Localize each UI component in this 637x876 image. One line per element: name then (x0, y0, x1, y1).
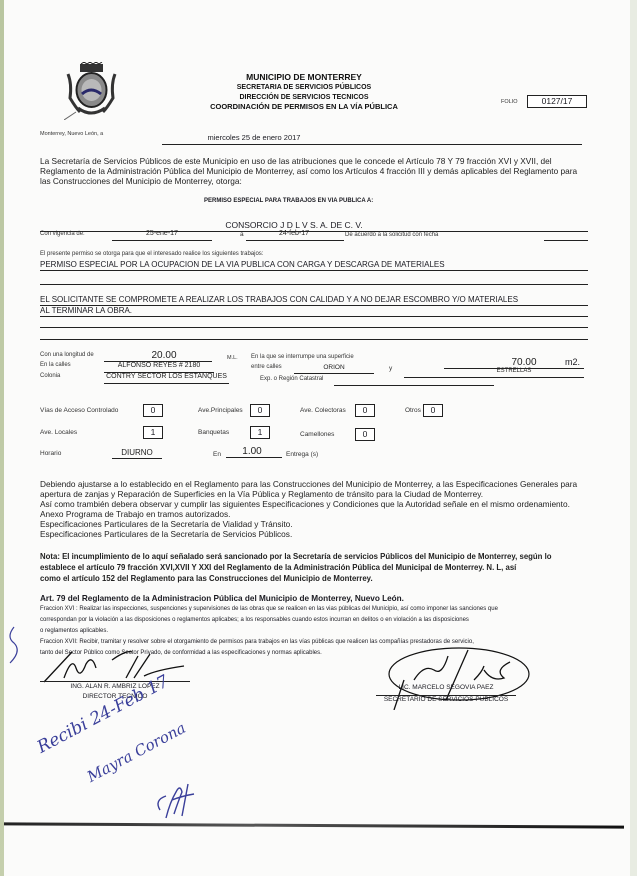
surface-value: 70.00 (494, 357, 554, 368)
length-unit: M.L. (227, 355, 238, 361)
page-fold-line (4, 822, 624, 828)
works-line-4: AL TERMINAR LA OBRA. (40, 306, 132, 315)
validity-label: Con vigencia de: (40, 231, 85, 237)
between-street-1: ORION (294, 364, 374, 371)
street-value: ALFONSO REYES # 2180 (104, 362, 214, 369)
article-line-1: Fraccion XVI : Realizar las inspecciones… (40, 606, 498, 612)
condition-line-1: Debiendo ajustarse a lo establecido en e… (40, 479, 577, 489)
margin-mark-icon (4, 625, 24, 665)
folio-value: 0127/17 (527, 95, 587, 108)
article-line-3: o reglamentos aplicables. (40, 628, 108, 634)
works-line-3: EL SOLICITANTE SE COMPROMETE A REALIZAR … (40, 295, 518, 304)
camellones-value: 0 (355, 428, 375, 441)
horario-label: Horario (40, 450, 61, 457)
banquetas-value: 1 (250, 426, 270, 439)
secretaria-title: SECRETARIA DE SERVICIOS PÚBLICOS (194, 83, 414, 93)
note-line-1: Nota: El incumplimiento de lo aquí señal… (40, 552, 552, 562)
ave-locales-label: Ave. Locales (40, 429, 77, 436)
ave-principales-label: Ave.Principales (198, 407, 243, 414)
banquetas-label: Banquetas (198, 429, 229, 436)
right-signer-name: LIC. MARCELO SEGOVIA PAEZ (376, 684, 516, 691)
handwritten-initials-icon (152, 770, 197, 820)
note-line-3: como el artículo 152 del Reglamento para… (40, 574, 373, 584)
ave-locales-value: 1 (143, 426, 163, 439)
ave-principales-value: 0 (250, 404, 270, 417)
intro-paragraph: La Secretaría de Servicios Públicos de e… (40, 156, 588, 186)
permit-document: MUNICIPIO DE MONTERREY SECRETARIA DE SER… (4, 0, 630, 876)
ave-colectoras-value: 0 (355, 404, 375, 417)
request-date-label: De acuerdo a la solicitud con fecha (345, 232, 438, 238)
condition-line-5: Especificaciones Particulares de la Secr… (40, 519, 293, 529)
permit-heading: PERMISO ESPECIAL PARA TRABAJOS EN VIA PU… (204, 198, 373, 204)
condition-line-6: Especificaciones Particulares de la Secr… (40, 529, 292, 539)
cadastral-label: Exp. o Región Catastral (260, 376, 323, 382)
otros-value: 0 (423, 404, 443, 417)
page-edge-right (630, 0, 637, 876)
colonia-label: Colonia (40, 373, 60, 379)
validity-from: 25-ene-17 (122, 230, 202, 237)
condition-line-2: apertura de zanjas y Reparación de Super… (40, 489, 483, 499)
colonia-value: CONTRY SECTOR LOS ESTANQUES (104, 373, 229, 380)
coordinacion-title: COORDINACIÓN DE PERMISOS EN LA VÍA PÚBLI… (179, 102, 429, 112)
length-value: 20.00 (114, 350, 214, 361)
municipal-crest-icon (64, 62, 119, 120)
surface-unit: m2. (565, 357, 580, 367)
horario-value: DIURNO (112, 448, 162, 457)
streets-label: En la calles (40, 362, 71, 368)
validity-to: 24-feb-17 (254, 230, 334, 237)
condition-line-3: Así como trambién debera observar y cump… (40, 499, 570, 509)
condition-line-4: Anexo Programa de Trabajo en tramos auto… (40, 509, 230, 519)
right-signer-title: SECRETARIO DE SERVICIOS PÚBLICOS (376, 696, 516, 703)
and-label: y (389, 365, 392, 372)
between-label: entre calles (251, 364, 282, 370)
municipality-title: MUNICIPIO DE MONTERREY (194, 72, 414, 82)
ave-colectoras-label: Ave. Colectoras (300, 407, 346, 414)
vias-acceso-label: Vías de Acceso Controlado (40, 407, 118, 414)
article-line-2: correspondan por la violación a las disp… (40, 617, 469, 623)
entregas-value: 1.00 (226, 446, 278, 457)
camellones-label: Camellones (300, 431, 334, 438)
place-label: Monterrey, Nuevo León, a (40, 131, 103, 137)
en-label: En (213, 451, 221, 458)
article-title: Art. 79 del Reglamento de la Administrac… (40, 594, 404, 603)
permit-grantee: CONSORCIO J D L V S. A. DE C. V. (184, 220, 404, 230)
works-label: El presente permiso se otorga para que e… (40, 251, 263, 257)
between-street-2: ESTRELLAS (444, 368, 584, 374)
validity-separator: a (240, 231, 244, 238)
length-label: Con una longitud de (40, 352, 94, 358)
left-signature-icon (34, 648, 194, 684)
entregas-label: Entrega (s) (286, 451, 318, 458)
works-line-1: PERMISO ESPECIAL POR LA OCUPACION DE LA … (40, 260, 445, 269)
note-line-2: establece el artículo 79 fracción XVI,XV… (40, 563, 516, 573)
issue-date: miercoles 25 de enero 2017 (164, 133, 344, 142)
vias-acceso-value: 0 (143, 404, 163, 417)
otros-label: Otros (405, 407, 421, 414)
surface-label: En la que se interrumpe una superficie (251, 354, 354, 360)
folio-label: FOLIO (501, 99, 518, 105)
